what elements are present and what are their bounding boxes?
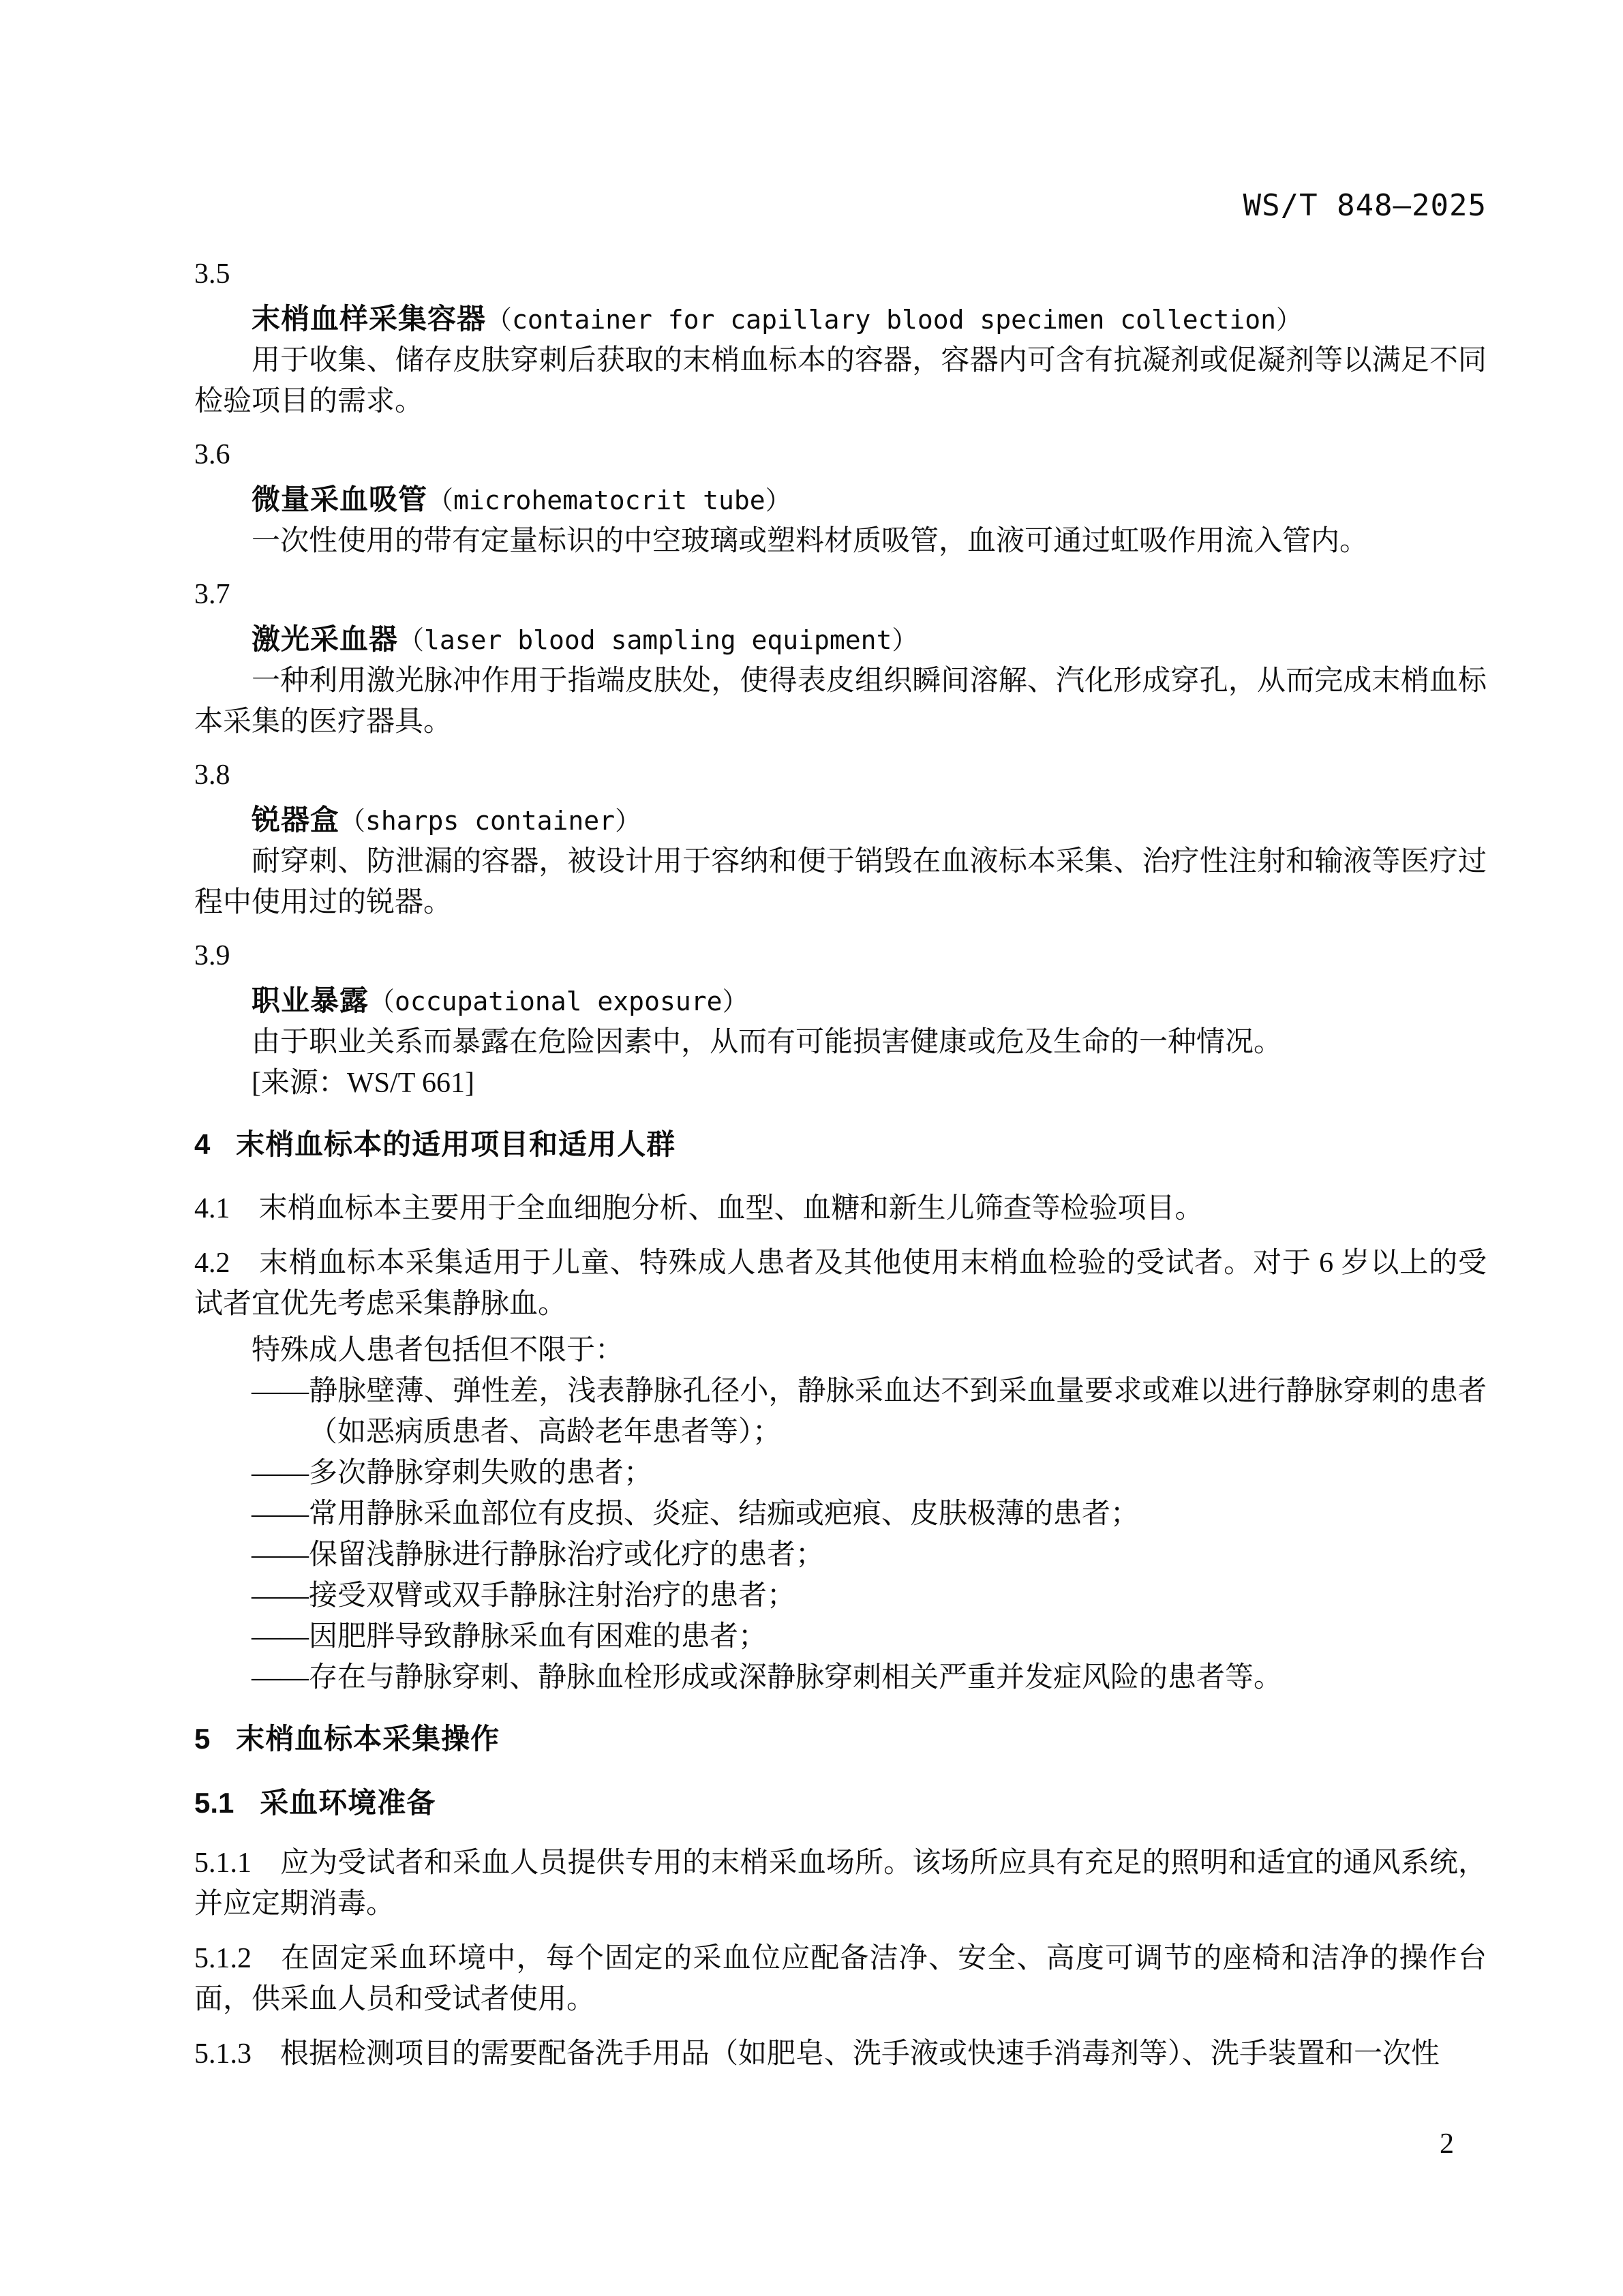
clause-number: 4.1 [194,1193,230,1224]
term-name-zh: 锐器盒 [252,804,339,836]
special-patient-item: ——多次静脉穿刺失败的患者； [252,1453,1487,1494]
special-patient-item: ——常用静脉采血部位有皮损、炎症、结痂或疤痕、皮肤极薄的患者； [252,1494,1487,1535]
clause-text: 末梢血标本主要用于全血细胞分析、血型、血糖和新生儿筛查等检验项目。 [259,1193,1204,1224]
term-section-3-7: 3.7 激光采血器（laser blood sampling equipment… [194,574,1487,742]
term-name-en: （sharps container） [339,806,641,836]
section-number: 4 [194,1128,210,1160]
term-section-3-8: 3.8 锐器盒（sharps container） 耐穿刺、防泄漏的容器，被设计… [194,755,1487,923]
document-page: WS/T 848—2025 3.5 末梢血样采集容器（container for… [0,0,1623,2296]
section-title: 末梢血标本的适用项目和适用人群 [236,1128,676,1160]
term-title: 锐器盒（sharps container） [194,800,1487,841]
section-title: 末梢血标本采集操作 [236,1723,500,1755]
special-patient-item: ——保留浅静脉进行静脉治疗或化疗的患者； [252,1535,1487,1575]
term-title: 末梢血样采集容器（container for capillary blood s… [194,299,1487,340]
term-definition: 一次性使用的带有定量标识的中空玻璃或塑料材质吸管，血液可通过虹吸作用流入管内。 [194,521,1487,562]
term-number: 3.9 [194,935,1487,976]
term-name-en: （microhematocrit tube） [427,485,791,515]
term-number: 3.6 [194,434,1487,475]
term-definition: 由于职业关系而暴露在危险因素中，从而有可能损害健康或危及生命的一种情况。 [194,1022,1487,1063]
term-name-en: （occupational exposure） [369,986,748,1016]
special-patients-intro: 特殊成人患者包括但不限于： [194,1330,1487,1371]
clause-4-1: 4.1末梢血标本主要用于全血细胞分析、血型、血糖和新生儿筛查等检验项目。 [194,1188,1487,1229]
clause-5-1-1: 5.1.1应为受试者和采血人员提供专用的末梢采血场所。该场所应具有充足的照明和适… [194,1843,1487,1924]
subsection-title: 采血环境准备 [260,1787,436,1819]
term-source: [来源：WS/T 661] [194,1063,1487,1104]
special-patient-item: ——接受双臂或双手静脉注射治疗的患者； [252,1575,1487,1616]
special-patient-item: ——存在与静脉穿刺、静脉血栓形成或深静脉穿刺相关严重并发症风险的患者等。 [252,1657,1487,1698]
term-title: 职业暴露（occupational exposure） [194,980,1487,1022]
term-name-en: （container for capillary blood specimen … [486,305,1302,335]
clause-text: 根据检测项目的需要配备洗手用品（如肥皂、洗手液或快速手消毒剂等）、洗手装置和一次… [280,2038,1440,2070]
page-number: 2 [1440,2128,1454,2160]
term-number: 3.5 [194,254,1487,294]
term-title: 微量采血吸管（microhematocrit tube） [194,479,1487,521]
doc-code-header: WS/T 848—2025 [194,190,1487,222]
clause-number: 5.1.2 [194,1943,252,1974]
term-number: 3.8 [194,755,1487,796]
term-name-zh: 末梢血样采集容器 [252,303,486,335]
clause-number: 5.1.1 [194,1847,252,1879]
clause-5-1-3: 5.1.3根据检测项目的需要配备洗手用品（如肥皂、洗手液或快速手消毒剂等）、洗手… [194,2034,1487,2074]
term-definition: 用于收集、储存皮肤穿刺后获取的末梢血标本的容器，容器内可含有抗凝剂或促凝剂等以满… [194,340,1487,422]
term-name-zh: 微量采血吸管 [252,483,427,515]
term-name-en: （laser blood sampling equipment） [398,625,917,655]
special-patient-item: ——因肥胖导致静脉采血有困难的患者； [252,1616,1487,1657]
subsection-5-1-heading: 5.1采血环境准备 [194,1783,1487,1824]
clause-4-2: 4.2末梢血标本采集适用于儿童、特殊成人患者及其他使用末梢血检验的受试者。对于 … [194,1243,1487,1325]
section-4-heading: 4末梢血标本的适用项目和适用人群 [194,1124,1487,1165]
term-title: 激光采血器（laser blood sampling equipment） [194,619,1487,661]
term-definition: 一种利用激光脉冲作用于指端皮肤处，使得表皮组织瞬间溶解、汽化形成穿孔，从而完成末… [194,661,1487,742]
clause-5-1-2: 5.1.2在固定采血环境中，每个固定的采血位应配备洁净、安全、高度可调节的座椅和… [194,1938,1487,2020]
special-patients-list: ——静脉壁薄、弹性差，浅表静脉孔径小，静脉采血达不到采血量要求或难以进行静脉穿刺… [194,1371,1487,1698]
term-section-3-9: 3.9 职业暴露（occupational exposure） 由于职业关系而暴… [194,935,1487,1104]
clause-text: 末梢血标本采集适用于儿童、特殊成人患者及其他使用末梢血检验的受试者。对于 6 岁… [194,1248,1487,1320]
clause-text: 应为受试者和采血人员提供专用的末梢采血场所。该场所应具有充足的照明和适宜的通风系… [194,1847,1487,1920]
section-number: 5 [194,1723,210,1755]
clause-text: 在固定采血环境中，每个固定的采血位应配备洁净、安全、高度可调节的座椅和洁净的操作… [194,1943,1487,2015]
clause-number: 4.2 [194,1248,230,1279]
term-name-zh: 激光采血器 [252,623,398,655]
clause-number: 5.1.3 [194,2038,252,2070]
term-definition: 耐穿刺、防泄漏的容器，被设计用于容纳和便于销毁在血液标本采集、治疗性注射和输液等… [194,841,1487,923]
special-patient-item: ——静脉壁薄、弹性差，浅表静脉孔径小，静脉采血达不到采血量要求或难以进行静脉穿刺… [252,1371,1487,1453]
term-section-3-5: 3.5 末梢血样采集容器（container for capillary blo… [194,254,1487,422]
subsection-number: 5.1 [194,1787,234,1819]
term-section-3-6: 3.6 微量采血吸管（microhematocrit tube） 一次性使用的带… [194,434,1487,562]
page-content: WS/T 848—2025 3.5 末梢血样采集容器（container for… [194,190,1487,2074]
section-5-heading: 5末梢血标本采集操作 [194,1719,1487,1759]
term-name-zh: 职业暴露 [252,984,369,1016]
term-number: 3.7 [194,574,1487,615]
